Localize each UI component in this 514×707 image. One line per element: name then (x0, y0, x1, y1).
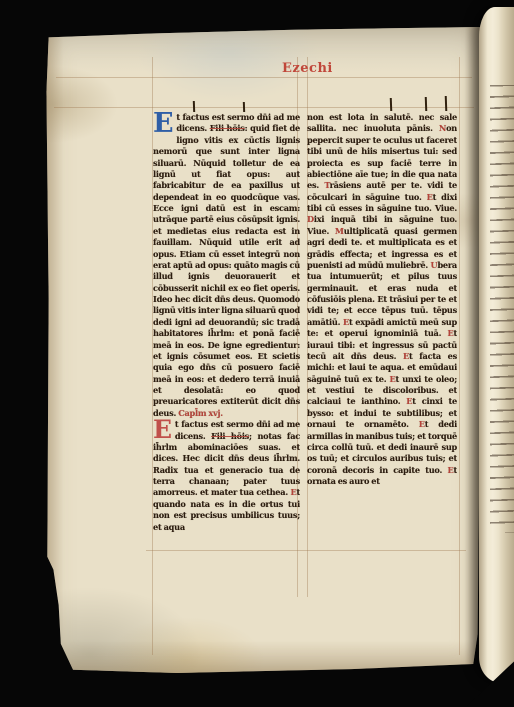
ruling-line-horizontal (146, 550, 466, 551)
rubric-text: M (335, 226, 344, 236)
ascender-flourish (243, 102, 245, 112)
running-title: Ezechi (282, 61, 333, 76)
text-column-left: Et factus est sermo dn̄i ad me dicens. F… (153, 112, 300, 549)
text-column-right: non est lota in salutē. nec sale sallita… (307, 112, 457, 549)
ruling-line-horizontal (56, 77, 472, 78)
photo-background: Ezechi Et factus est sermo dn̄i ad me di… (0, 0, 514, 707)
body-text: Fili hōis (211, 431, 249, 441)
facing-page-shading (479, 7, 514, 683)
ruling-line-horizontal (54, 107, 474, 108)
rubric-text: N (439, 123, 446, 133)
ascender-flourish (193, 101, 195, 112)
body-text: non est lota in salutē. nec sale sallita… (307, 112, 457, 133)
rubric-text: Capl̄m xvj. (178, 408, 223, 418)
text-block: Et factus est sermo dn̄i ad me dicens. F… (153, 419, 300, 533)
illuminated-initial-red: E (153, 420, 172, 441)
text-block: Et factus est sermo dn̄i ad me dicens. F… (153, 112, 300, 419)
ruling-line-vertical (459, 57, 460, 655)
facing-page-edge (479, 7, 514, 683)
text-block: non est lota in salutē. nec sale sallita… (307, 112, 457, 487)
ascender-flourish (425, 97, 427, 111)
ascender-flourish (445, 96, 447, 111)
ascender-flourish (390, 98, 392, 111)
rubric-text: D (307, 214, 314, 224)
illuminated-initial-blue: E (153, 113, 173, 135)
manuscript-leaf: Ezechi Et factus est sermo dn̄i ad me di… (46, 27, 482, 673)
body-text: Fili hōis (210, 123, 245, 133)
body-text: : quid fiet de ligno vitis ex cūctis lig… (153, 123, 300, 417)
